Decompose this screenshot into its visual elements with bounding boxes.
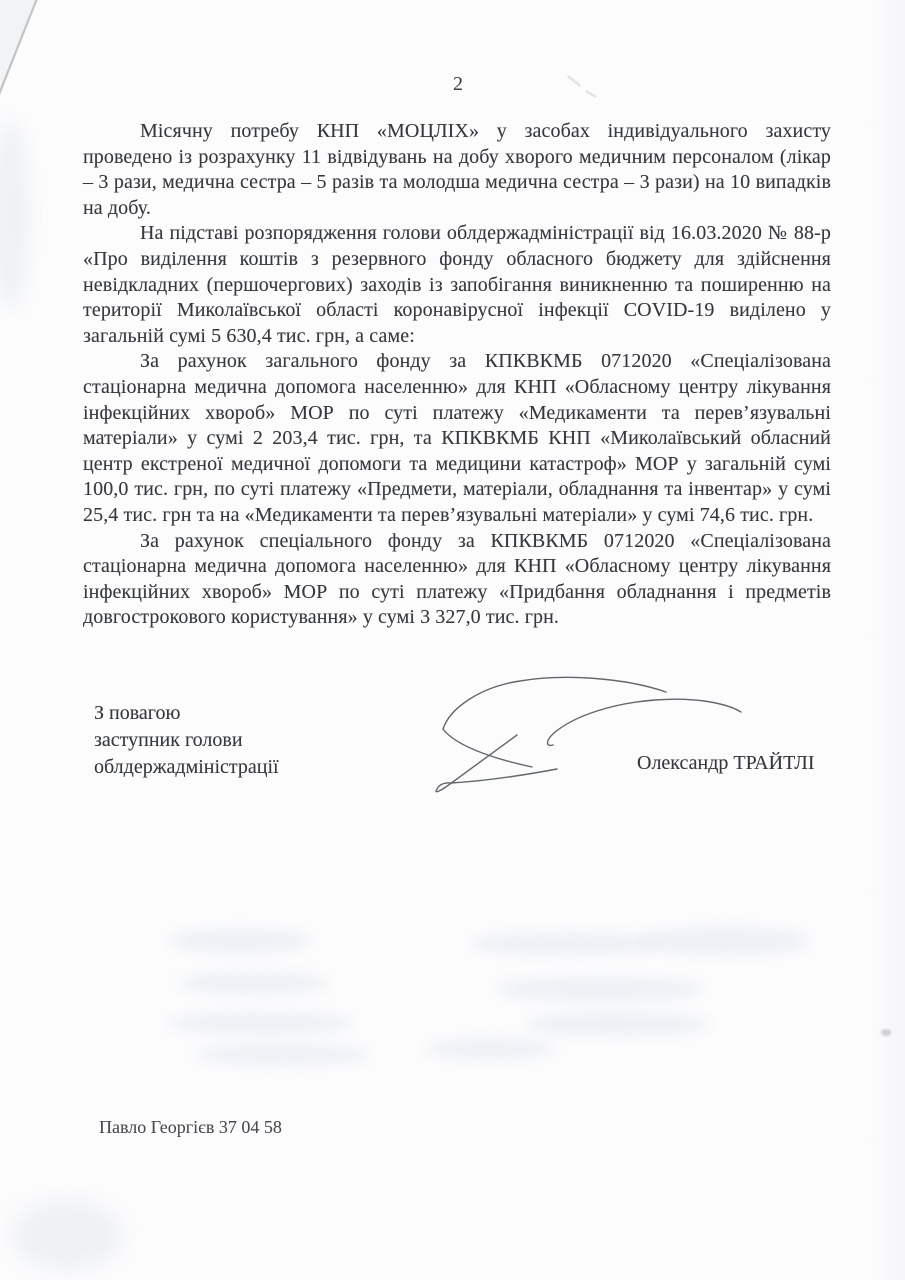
signature-stroke <box>548 699 742 745</box>
signer-title-line: заступник голови <box>94 727 279 754</box>
signature-stroke <box>436 735 557 792</box>
scan-edge-shading <box>867 0 905 1280</box>
document-body: Місячну потребу КНП «МОЦЛІХ» у засобах і… <box>83 119 831 631</box>
closing-salutation: З повагою <box>94 700 279 727</box>
signature-stroke <box>443 729 532 767</box>
body-paragraph: За рахунок спеціального фонду за КПКВКМБ… <box>83 529 831 631</box>
bleed-through-smudge <box>168 1013 353 1033</box>
bleed-through-smudge <box>0 120 30 310</box>
body-paragraph: Місячну потребу КНП «МОЦЛІХ» у засобах і… <box>83 119 831 221</box>
scan-artifact-mark <box>567 75 581 86</box>
bleed-through-smudge <box>170 930 310 952</box>
bleed-through-smudge <box>425 1040 555 1058</box>
closing-block: З повагою заступник голови облдержадміні… <box>94 700 279 781</box>
bleed-through-smudge <box>195 1045 370 1064</box>
bleed-through-smudge <box>525 1013 710 1035</box>
bleed-through-smudge <box>178 973 328 993</box>
signer-title-line: облдержадміністрації <box>94 754 279 781</box>
page-number: 2 <box>436 73 480 96</box>
bleed-through-smudge <box>12 1200 122 1270</box>
page-corner-crease <box>0 0 120 130</box>
footer-contact: Павло Георгієв 37 04 58 <box>99 1117 282 1138</box>
scan-artifact-mark <box>881 1029 891 1036</box>
body-paragraph: За рахунок загального фонду за КПКВКМБ 0… <box>83 349 831 528</box>
signature-image <box>420 663 750 808</box>
body-paragraph: На підставі розпорядження голови облдерж… <box>83 221 831 349</box>
scanned-document-page: 2 Місячну потребу КНП «МОЦЛІХ» у засобах… <box>0 0 905 1280</box>
bleed-through-smudge <box>495 978 705 1000</box>
bleed-through-smudge <box>470 933 660 954</box>
scan-artifact-mark <box>585 90 596 98</box>
signer-name: Олександр ТРАЙТЛІ <box>637 752 815 775</box>
bleed-through-smudge <box>640 928 810 954</box>
